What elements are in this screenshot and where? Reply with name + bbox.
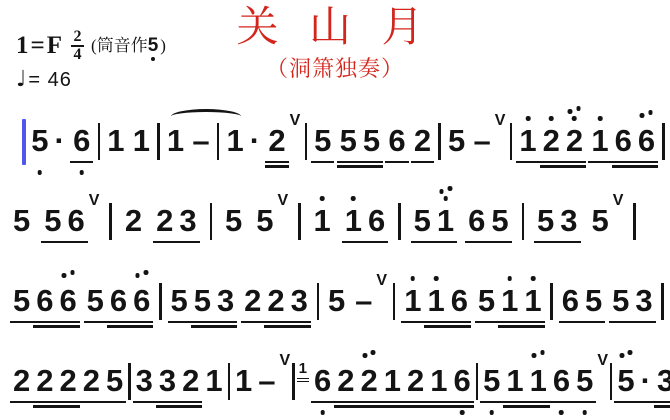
- tremolo-ornament: [620, 350, 633, 358]
- note-digit: 5: [478, 282, 495, 320]
- underline-eighth: [582, 321, 605, 323]
- note: 2: [80, 362, 103, 408]
- note: 1: [521, 282, 544, 328]
- octave-dot-above: [549, 116, 554, 121]
- beat-group: –: [189, 122, 212, 168]
- note-digit: 6: [133, 282, 150, 320]
- underline-eighth: [654, 401, 670, 403]
- barline: [228, 363, 230, 400]
- note-digit: 6: [638, 122, 655, 160]
- playback-cursor: [22, 119, 26, 165]
- note: 1: [104, 122, 127, 168]
- piece-subtitle: （洞箫独奏）: [0, 56, 670, 82]
- piece-title: 关 山 月: [0, 4, 670, 52]
- underline-eighth: [70, 161, 93, 163]
- underline-eighth: [488, 241, 511, 243]
- dot-glyph: ·: [250, 122, 260, 160]
- note: 1: [164, 122, 187, 168]
- underline-eighth: [288, 321, 311, 323]
- duration-dot: ·: [52, 122, 68, 168]
- note: 6: [130, 282, 153, 328]
- underline-sixteenth: [427, 405, 450, 407]
- underline-eighth: [107, 321, 130, 323]
- note-digit: 5: [13, 282, 30, 320]
- note: 1: [527, 362, 550, 408]
- note-digit: 3: [159, 362, 176, 400]
- beat-group: 1622: [297, 362, 381, 408]
- octave-dot-above: [443, 196, 448, 201]
- note: 2: [265, 122, 288, 168]
- octave-dot-above: [434, 276, 439, 281]
- breath-mark: V: [277, 193, 288, 209]
- beat-group: [396, 203, 402, 248]
- note: 2: [334, 362, 357, 408]
- underline-eighth: [448, 321, 471, 323]
- underline-eighth: [411, 161, 434, 163]
- beat-group: –V: [352, 282, 387, 328]
- underline-eighth: [133, 401, 156, 403]
- beat-group: 51: [411, 202, 458, 248]
- note-digit: 1: [427, 282, 444, 320]
- underline-eighth: [534, 241, 557, 243]
- note-digit: 5: [340, 122, 357, 160]
- note: 1: [588, 122, 611, 168]
- note: 6: [33, 282, 56, 328]
- notation-line: 5665665532235–V1165116553: [0, 266, 670, 328]
- dot-glyph: ·: [55, 122, 65, 160]
- beat-group: 5·: [28, 122, 68, 168]
- note: 1: [434, 202, 457, 248]
- notation-line: 2222533211–V1622121651165V5·32V: [0, 346, 670, 408]
- note: 6: [107, 282, 130, 328]
- note: 1: [424, 282, 447, 328]
- beat-group: 166: [588, 122, 658, 168]
- beat-group: 53: [534, 202, 581, 248]
- tremolo-ornament: [640, 110, 653, 118]
- note: 6: [70, 122, 93, 168]
- underline-sixteenth: [540, 165, 563, 167]
- note: 5: [534, 202, 557, 248]
- note-digit: 6: [110, 282, 127, 320]
- note: 5: [609, 282, 632, 328]
- underline-eighth: [176, 241, 199, 243]
- note-digit: 2: [244, 282, 261, 320]
- beat-group: 1: [130, 122, 153, 168]
- beat-group: 566: [84, 282, 154, 328]
- underline-eighth: [573, 401, 596, 403]
- beat-group: [659, 283, 665, 328]
- beat-group: 1: [164, 122, 187, 168]
- underline-eighth: [156, 401, 179, 403]
- breath-mark: V: [597, 353, 608, 369]
- note: 3: [557, 202, 580, 248]
- beat-group: 5: [325, 282, 348, 328]
- octave-dot-above: [572, 116, 577, 121]
- beat-group: [303, 123, 309, 168]
- breath-mark: V: [495, 113, 506, 129]
- breath-mark: V: [280, 353, 291, 369]
- underline-sixteenth: [360, 165, 383, 167]
- note-digit: 2: [267, 282, 284, 320]
- note: 6: [311, 362, 334, 408]
- octave-dot-below: [79, 170, 84, 175]
- underline-eighth: [465, 241, 488, 243]
- underline-sixteenth: [264, 325, 287, 327]
- note: 2: [241, 282, 264, 328]
- underline-eighth: [337, 161, 360, 163]
- note-digit: 1: [430, 362, 447, 400]
- note: 5: [573, 362, 596, 408]
- note: 5: [488, 202, 511, 248]
- note-digit: 2: [182, 362, 199, 400]
- beat-group: 6: [70, 122, 93, 168]
- note: 5: [614, 362, 637, 408]
- note-digit: 1: [519, 122, 536, 160]
- note-digit: 2: [360, 362, 377, 400]
- note-digit: 3: [560, 202, 577, 240]
- underline-eighth: [57, 321, 80, 323]
- beat-group: [315, 283, 321, 328]
- sheet-music-page: 1=F 2 4 (筒音作 5 ) ♩ = 46 关 山 月 （洞箫独奏） 5·6…: [0, 0, 670, 420]
- beat-group: 5: [222, 202, 245, 248]
- note: 1: [381, 362, 404, 408]
- note-digit: 2: [125, 202, 142, 240]
- underline-eighth: [411, 241, 434, 243]
- note-digit: 1: [205, 362, 222, 400]
- note-digit: 1: [107, 122, 124, 160]
- octave-dot-below: [582, 410, 587, 415]
- underline-sixteenth: [334, 405, 357, 407]
- note-digit: 5: [225, 202, 242, 240]
- tremolo-ornament: [439, 186, 452, 194]
- underline-eighth: [241, 321, 264, 323]
- note: 2: [411, 122, 434, 168]
- barline: [128, 363, 130, 400]
- note-digit: 6: [453, 362, 470, 400]
- underline-eighth: [41, 241, 64, 243]
- note: 2: [122, 202, 145, 248]
- underline-sixteenth: [635, 165, 658, 167]
- note: 5: [325, 282, 348, 328]
- note-digit: 5: [592, 202, 609, 240]
- beat-group: 5: [10, 202, 33, 248]
- barline: [633, 203, 635, 240]
- underline-eighth: [33, 401, 56, 403]
- note: 5: [168, 282, 191, 328]
- barline: [98, 123, 100, 160]
- note-digit: 1: [227, 122, 244, 160]
- note: 6: [450, 362, 473, 408]
- beat-group: 5·3: [614, 362, 670, 408]
- barline: [393, 283, 395, 320]
- beat-group: [157, 283, 163, 328]
- note-digit: 2: [414, 122, 431, 160]
- note-digit: 1: [591, 122, 608, 160]
- underline-eighth: [311, 401, 334, 403]
- tremolo-ornament: [135, 270, 148, 278]
- note: 6: [365, 202, 388, 248]
- underline-eighth: [503, 401, 526, 403]
- beat-group: [436, 123, 442, 168]
- breath-mark: V: [613, 193, 624, 209]
- beat-group: 332: [133, 362, 203, 408]
- underline-eighth: [80, 401, 103, 403]
- beat-group: 5: [311, 122, 334, 168]
- beat-group: 2: [122, 202, 145, 248]
- underline-sixteenth: [191, 325, 214, 327]
- underline-eighth: [57, 401, 80, 403]
- note-digit: 2: [337, 362, 354, 400]
- note-digit: 1: [384, 362, 401, 400]
- underline-eighth: [557, 241, 580, 243]
- note: 3: [176, 202, 199, 248]
- octave-dot-above: [411, 276, 416, 281]
- note-digit: 1: [133, 122, 150, 160]
- note-digit: 6: [562, 282, 579, 320]
- note-digit: 1: [235, 362, 252, 400]
- note-digit: 5: [414, 202, 431, 240]
- dash-glyph: –: [192, 122, 209, 160]
- beat-group: 23: [153, 202, 200, 248]
- tremolo-ornament: [363, 350, 376, 358]
- breath-mark: V: [89, 193, 100, 209]
- note: 1: [516, 122, 539, 168]
- note: 2: [57, 362, 80, 408]
- note: 5: [475, 282, 498, 328]
- beat-group: 222: [10, 362, 80, 408]
- underline-eighth: [404, 401, 427, 403]
- duration-dot: ·: [638, 362, 654, 408]
- underline-eighth: [33, 321, 56, 323]
- underline-eighth: [357, 401, 380, 403]
- note-digit: 6: [73, 122, 90, 160]
- underline-sixteenth: [156, 405, 179, 407]
- note: 6: [559, 282, 582, 328]
- note: 6: [465, 202, 488, 248]
- note-digit: 2: [13, 362, 30, 400]
- octave-dot-below: [38, 170, 43, 175]
- note: 1: [342, 202, 365, 248]
- note-digit: 1: [524, 282, 541, 320]
- dash-glyph: –: [474, 122, 491, 160]
- note-digit: 5: [194, 282, 211, 320]
- note: 6: [550, 362, 573, 408]
- octave-dot-below: [320, 410, 325, 415]
- duration-dot: ·: [247, 122, 263, 168]
- beat-group: 1: [232, 362, 255, 408]
- beat-group: 25: [80, 362, 127, 408]
- breath-mark: V: [376, 273, 387, 289]
- beat-group: 511: [480, 362, 550, 408]
- underline-eighth: [84, 321, 107, 323]
- note: 2: [357, 362, 380, 408]
- note: 5: [337, 122, 360, 168]
- barline: [305, 123, 307, 160]
- barline: [109, 203, 111, 240]
- underline-eighth: [527, 401, 550, 403]
- octave-dot-above: [531, 276, 536, 281]
- notation-score: 5·6111–1·2V555625–V122166556V22355V11651…: [0, 106, 670, 408]
- note-digit: 6: [36, 282, 53, 320]
- note: 6: [57, 282, 80, 328]
- note: 3: [156, 362, 179, 408]
- underline-eighth: [498, 321, 521, 323]
- underline-sixteenth: [381, 405, 404, 407]
- underline-sixteenth: [521, 325, 544, 327]
- note-digit: 3: [657, 362, 670, 400]
- beat-group: 5: [445, 122, 468, 168]
- note-digit: 3: [136, 362, 153, 400]
- underline-eighth: [265, 161, 288, 163]
- underline-eighth: [130, 321, 153, 323]
- underline-eighth: [614, 401, 637, 403]
- underline-sixteenth: [179, 405, 202, 407]
- beat-group: [208, 203, 214, 248]
- note: 5: [84, 282, 107, 328]
- beat-group: [96, 123, 102, 168]
- underline-eighth: [168, 321, 191, 323]
- underline-eighth: [635, 161, 658, 163]
- note: 2: [10, 362, 33, 408]
- notation-line: 5·6111–1·2V555625–V122166: [0, 106, 670, 168]
- note-digit: 1: [530, 362, 547, 400]
- underline-eighth: [334, 401, 357, 403]
- note-digit: 5: [448, 122, 465, 160]
- note-digit: 6: [388, 122, 405, 160]
- underline-eighth: [385, 161, 408, 163]
- underline-eighth: [450, 401, 473, 403]
- duration-dash: –: [352, 282, 375, 328]
- octave-dot-above: [598, 116, 603, 121]
- underline-sixteenth: [612, 165, 635, 167]
- underline-sixteenth: [527, 405, 550, 407]
- note: 5: [360, 122, 383, 168]
- dash-glyph: –: [258, 362, 275, 400]
- beat-group: 122: [516, 122, 586, 168]
- underline-sixteenth: [214, 325, 237, 327]
- note: 6: [385, 122, 408, 168]
- note-digit: 2: [268, 122, 285, 160]
- underline-sixteenth: [654, 405, 670, 407]
- beat-group: 116: [401, 282, 471, 328]
- notation-line: 556V22355V1165165535V: [0, 186, 670, 248]
- beat-group: [215, 123, 221, 168]
- underline-eighth: [480, 401, 503, 403]
- tremolo-ornament: [568, 106, 581, 114]
- beat-group: [22, 119, 26, 168]
- underline-eighth: [401, 321, 424, 323]
- note-digit: 5: [483, 362, 500, 400]
- beat-group: 223: [241, 282, 311, 328]
- underline-eighth: [434, 241, 457, 243]
- underline-eighth: [360, 161, 383, 163]
- note: 1: [224, 122, 247, 168]
- note: 2: [33, 362, 56, 408]
- beat-group: 56V: [41, 202, 99, 248]
- beat-group: 1216: [381, 362, 474, 408]
- note-digit: 6: [451, 282, 468, 320]
- note-digit: 5: [256, 202, 273, 240]
- barline: [398, 203, 400, 240]
- note: 6: [635, 122, 658, 168]
- underline-eighth: [65, 241, 88, 243]
- note: 3: [133, 362, 156, 408]
- note-digit: 5: [171, 282, 188, 320]
- note: 1: [427, 362, 450, 408]
- underline-sixteenth: [57, 405, 80, 407]
- breath-mark: V: [290, 113, 301, 129]
- note: 5: [445, 122, 468, 168]
- octave-dot-above: [351, 196, 356, 201]
- note: 5: [311, 122, 334, 168]
- note-digit: 5: [31, 122, 48, 160]
- dash-glyph: –: [355, 282, 372, 320]
- note: 1: [202, 362, 225, 408]
- note: 5: [480, 362, 503, 408]
- note: 5: [28, 122, 51, 168]
- beat-group: 1: [104, 122, 127, 168]
- note-digit: 2: [83, 362, 100, 400]
- beat-group: 53: [609, 282, 656, 328]
- underline-eighth: [311, 161, 334, 163]
- barline: [157, 123, 159, 160]
- octave-dot-above: [507, 276, 512, 281]
- underline-sixteenth: [448, 325, 471, 327]
- note-digit: 6: [60, 282, 77, 320]
- note: 3: [214, 282, 237, 328]
- beat-group: [107, 203, 113, 248]
- barline: [217, 123, 219, 160]
- beat-group: –V: [255, 362, 290, 408]
- barline: [210, 203, 212, 240]
- beat-group: 55: [337, 122, 384, 168]
- note: 5: [41, 202, 64, 248]
- note: 2: [179, 362, 202, 408]
- underline-eighth: [559, 321, 582, 323]
- beat-group: [631, 203, 637, 248]
- note-digit: 6: [615, 122, 632, 160]
- tie-slur: [171, 109, 241, 124]
- note-digit: 1: [314, 202, 331, 240]
- underline-eighth: [475, 321, 498, 323]
- underline-eighth: [427, 401, 450, 403]
- note: 5: [103, 362, 126, 408]
- note: 3: [654, 362, 670, 408]
- barline: [610, 363, 612, 400]
- note: 2: [404, 362, 427, 408]
- beat-group: 2V: [265, 122, 300, 168]
- underline-eighth: [516, 161, 539, 163]
- note-digit: 5: [537, 202, 554, 240]
- note-digit: 5: [328, 282, 345, 320]
- underline-eighth: [342, 241, 365, 243]
- note: 5: [411, 202, 434, 248]
- beat-group: 5V: [253, 202, 288, 248]
- barline: [317, 283, 319, 320]
- grace-note: 1: [297, 360, 309, 377]
- underline-sixteenth: [357, 405, 380, 407]
- note-digit: 5: [44, 202, 61, 240]
- underline-eighth: [588, 161, 611, 163]
- note-digit: 1: [404, 282, 421, 320]
- underline-eighth: [612, 161, 635, 163]
- note-digit: 3: [217, 282, 234, 320]
- octave-dot-below: [559, 410, 564, 415]
- note-digit: 3: [179, 202, 196, 240]
- note-digit: 1: [437, 202, 454, 240]
- underline-eighth: [10, 401, 33, 403]
- underline-eighth: [365, 241, 388, 243]
